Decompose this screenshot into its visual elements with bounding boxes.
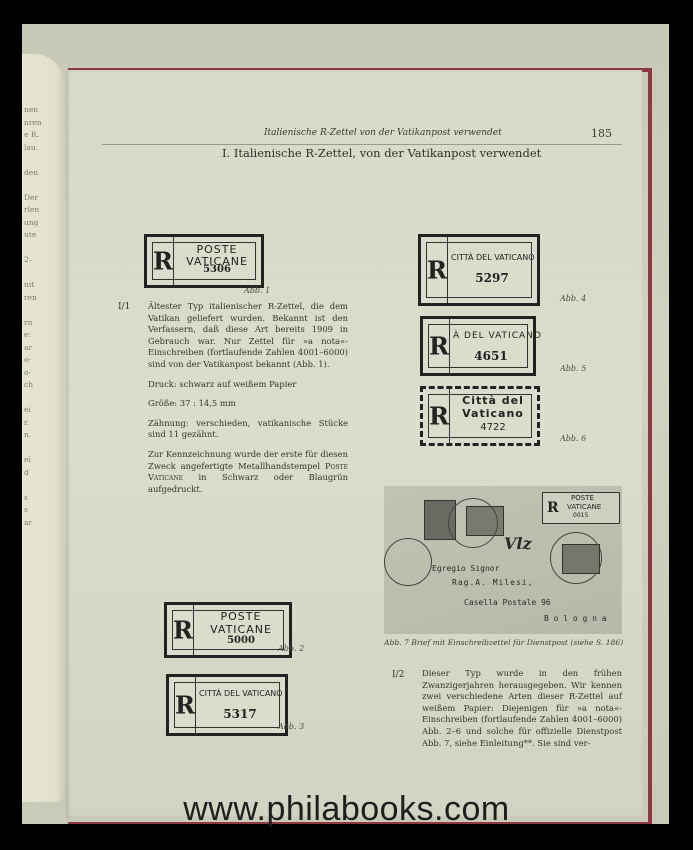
caption-abb7: Abb. 7 Brief mit Einschreibzettel für Di… xyxy=(384,638,623,647)
left-page-text-fragment: o- xyxy=(24,367,31,378)
item-1-1-text: Ältester Typ italienischer R-Zettel, die… xyxy=(148,301,348,503)
left-page-text-fragment: e: xyxy=(24,329,31,340)
registration-label-abb4: R CITTÀ DEL VATICANO 5297 xyxy=(418,234,540,306)
address-line: B o l o g n a xyxy=(544,614,607,623)
left-page-text-fragment: s xyxy=(24,492,28,503)
signature: Vlz xyxy=(504,534,532,553)
left-page-text-fragment: lau. xyxy=(24,142,38,153)
caption-abb1: Abb. 1 xyxy=(244,286,270,295)
postmark xyxy=(384,538,432,586)
registration-label-abb6: R Città del Vaticano 4722 xyxy=(420,386,540,446)
envelope-registration-label: R POSTE VATICANE 0015 xyxy=(542,492,620,524)
left-page-text-fragment: d xyxy=(24,467,29,478)
left-page-text-fragment: o- xyxy=(24,354,31,365)
left-page-text-fragment: den xyxy=(24,167,38,178)
watermark: www.philabooks.com xyxy=(0,790,693,829)
page-number: 185 xyxy=(591,127,612,140)
left-page-text-fragment: e R. xyxy=(24,129,39,140)
r-letter: R xyxy=(153,247,173,276)
left-page-text-fragment: Der xyxy=(24,192,38,203)
left-page-text-fragment: ar xyxy=(24,517,32,528)
caption-abb3: Abb. 3 xyxy=(278,722,304,731)
section-title: I. Italienische R-Zettel, von der Vatika… xyxy=(222,146,541,160)
caption-abb6: Abb. 6 xyxy=(560,434,586,443)
caption-abb5: Abb. 5 xyxy=(560,364,586,373)
left-page-text-fragment: rn xyxy=(24,317,32,328)
registration-label-abb1: R POSTE VATICANE 5306 xyxy=(144,234,264,288)
left-page-text-fragment: nit xyxy=(24,279,34,290)
registration-label-abb3: R CITTÀ DEL VATICANO 5317 xyxy=(166,674,288,736)
address-line: Egregio Signor xyxy=(432,564,499,573)
running-head-title: Italienische R-Zettel von der Vatikanpos… xyxy=(264,128,502,138)
address-line: Rag.A. Milesi, xyxy=(452,578,533,587)
item-number-1-1: I/1 xyxy=(118,302,130,312)
left-facing-page: nennrene R.lau.denDerrlenungute2–nitrenr… xyxy=(22,54,64,802)
book-photograph: nennrene R.lau.denDerrlenungute2–nitrenr… xyxy=(22,24,669,824)
left-page-text-fragment: r. xyxy=(24,417,29,428)
left-page-text-fragment: n. xyxy=(24,429,31,440)
left-page-text-fragment: ren xyxy=(24,292,37,303)
left-page-text-fragment: s xyxy=(24,504,28,515)
running-head: Italienische R-Zettel von der Vatikanpos… xyxy=(102,126,622,145)
left-page-text-fragment: ei xyxy=(24,404,31,415)
item-1-2-text: Dieser Typ wurde in den frühen Zwanziger… xyxy=(422,668,622,757)
left-page-text-fragment: nen xyxy=(24,104,38,115)
address-line: Casella Postale 96 xyxy=(464,598,551,607)
left-page-text-fragment: ute xyxy=(24,229,36,240)
bottom-band xyxy=(0,826,693,850)
postmark xyxy=(448,498,498,548)
envelope-photo-abb7: R POSTE VATICANE 0015 Vlz Egregio Signor… xyxy=(384,486,622,634)
registration-label-abb2: R POSTE VATICANE 5000 xyxy=(164,602,292,658)
stamp-overprint xyxy=(562,544,600,574)
left-page-text-fragment: ei xyxy=(24,454,31,465)
registration-label-abb5: R À DEL VATICANO 4651 xyxy=(420,316,536,376)
left-page-text-fragment: rlen xyxy=(24,204,39,215)
left-page-text-fragment: ch xyxy=(24,379,33,390)
right-page: Italienische R-Zettel von der Vatikanpos… xyxy=(66,70,642,818)
left-page-text-fragment: nren xyxy=(24,117,42,128)
item-number-1-2: I/2 xyxy=(392,670,404,680)
left-page-text-fragment: 2– xyxy=(24,254,33,265)
caption-abb4: Abb. 4 xyxy=(560,294,586,303)
left-page-text-fragment: ar xyxy=(24,342,32,353)
caption-abb2: Abb. 2 xyxy=(278,644,304,653)
left-page-text-fragment: ung xyxy=(24,217,38,228)
